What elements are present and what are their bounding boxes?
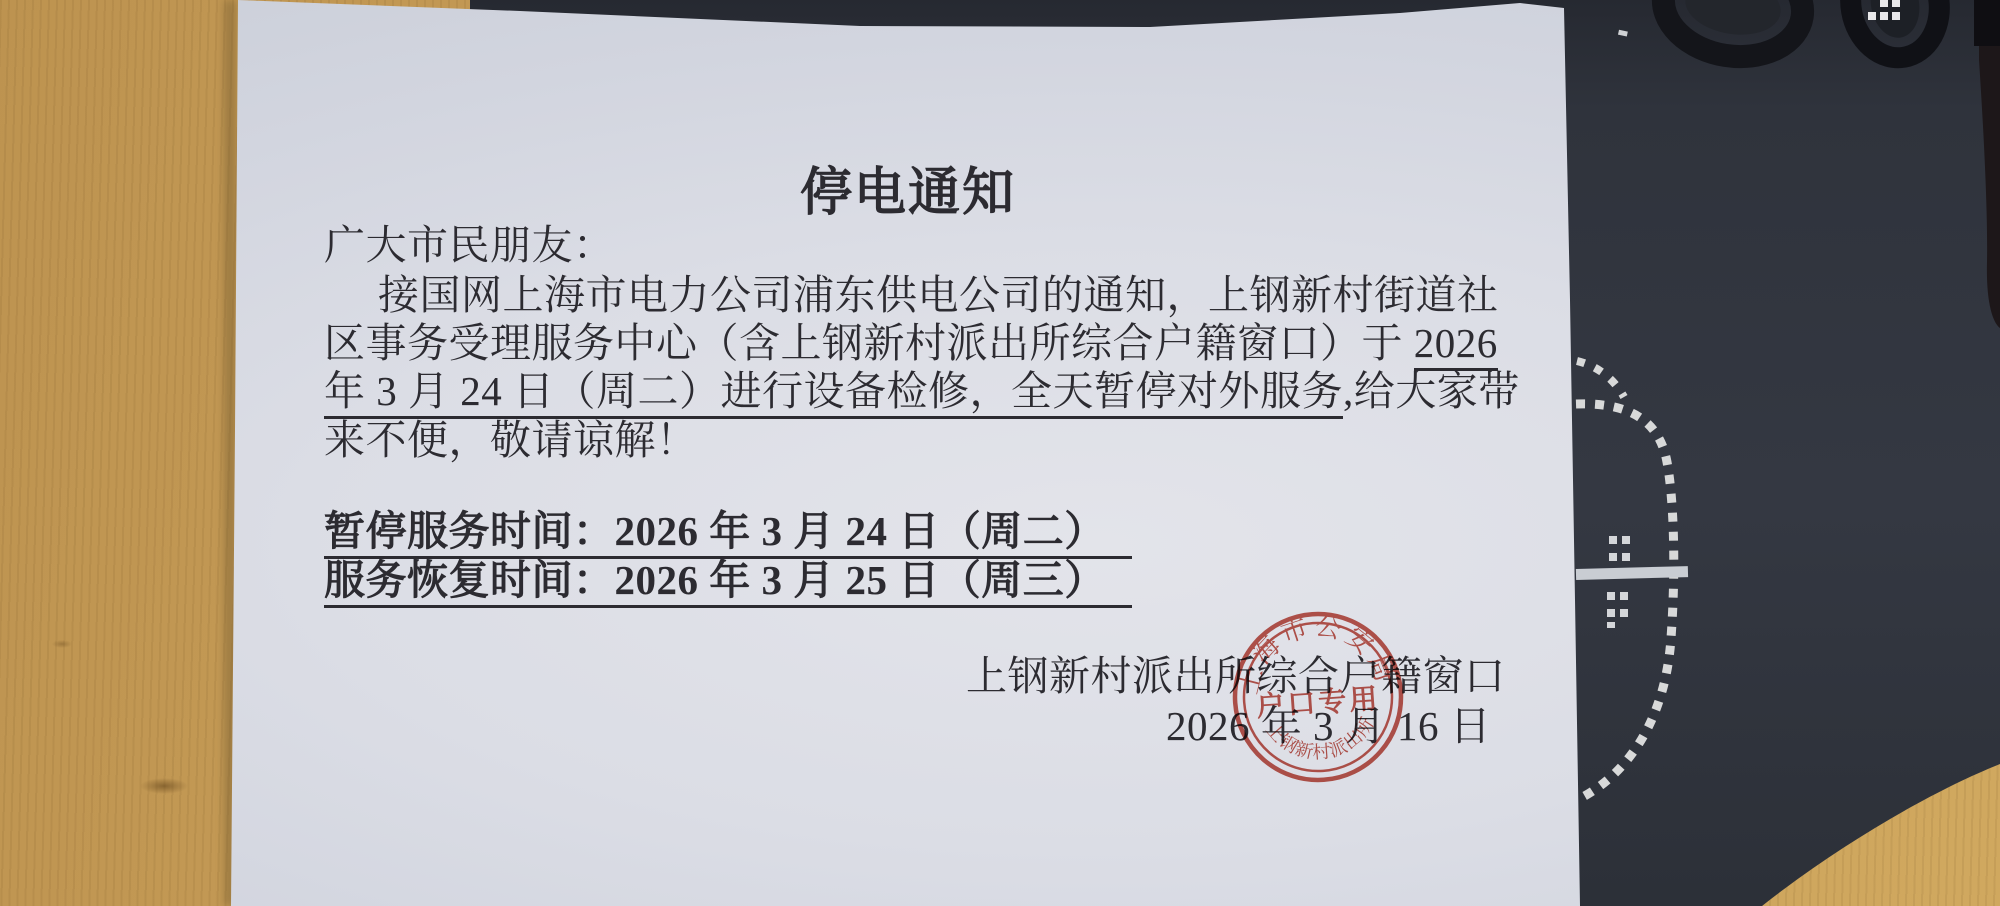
suspend-time-line: 暂停服务时间：2026 年 3 月 24 日（周二） — [324, 508, 1132, 555]
photo-of-notice-on-desk: 停电通知 广大市民朋友： 接国网上海市电力公司浦东供电公司的通知，上钢新村街道社… — [0, 0, 2000, 906]
body-line-4: 来不便，敬请谅解！ — [324, 417, 698, 464]
resume-time-line: 服务恢复时间：2026 年 3 月 25 日（周三） — [324, 557, 1132, 604]
body-line-2-underlined: 2026 — [1414, 320, 1498, 371]
notice-title: 停电通知 — [800, 150, 1016, 225]
body-line-3-text: ,给大家带 — [1343, 368, 1520, 414]
greeting-line: 广大市民朋友： — [324, 222, 615, 269]
notice-text: 停电通知 广大市民朋友： 接国网上海市电力公司浦东供电公司的通知，上钢新村街道社… — [0, 0, 2000, 906]
suspend-time-text: 暂停服务时间：2026 年 3 月 24 日（周二） — [324, 508, 1132, 559]
body-line-2: 区事务受理服务中心（含上钢新村派出所综合户籍窗口）于 2026 — [324, 320, 1498, 367]
body-line-3: 年 3 月 24 日（周二）进行设备检修，全天暂停对外服务,给大家带 — [324, 368, 1520, 415]
body-line-3-underlined: 年 3 月 24 日（周二）进行设备检修，全天暂停对外服务 — [324, 368, 1343, 419]
body-line-1: 接国网上海市电力公司浦东供电公司的通知，上钢新村街道社 — [378, 272, 1499, 319]
body-line-2-text: 区事务受理服务中心（含上钢新村派出所综合户籍窗口）于 — [324, 320, 1414, 366]
signature-line: 上钢新村派出所综合户籍窗口 — [966, 653, 1506, 700]
date-line: 2026 年 3 月 16 日 — [1166, 703, 1491, 750]
resume-time-text: 服务恢复时间：2026 年 3 月 25 日（周三） — [324, 557, 1132, 608]
